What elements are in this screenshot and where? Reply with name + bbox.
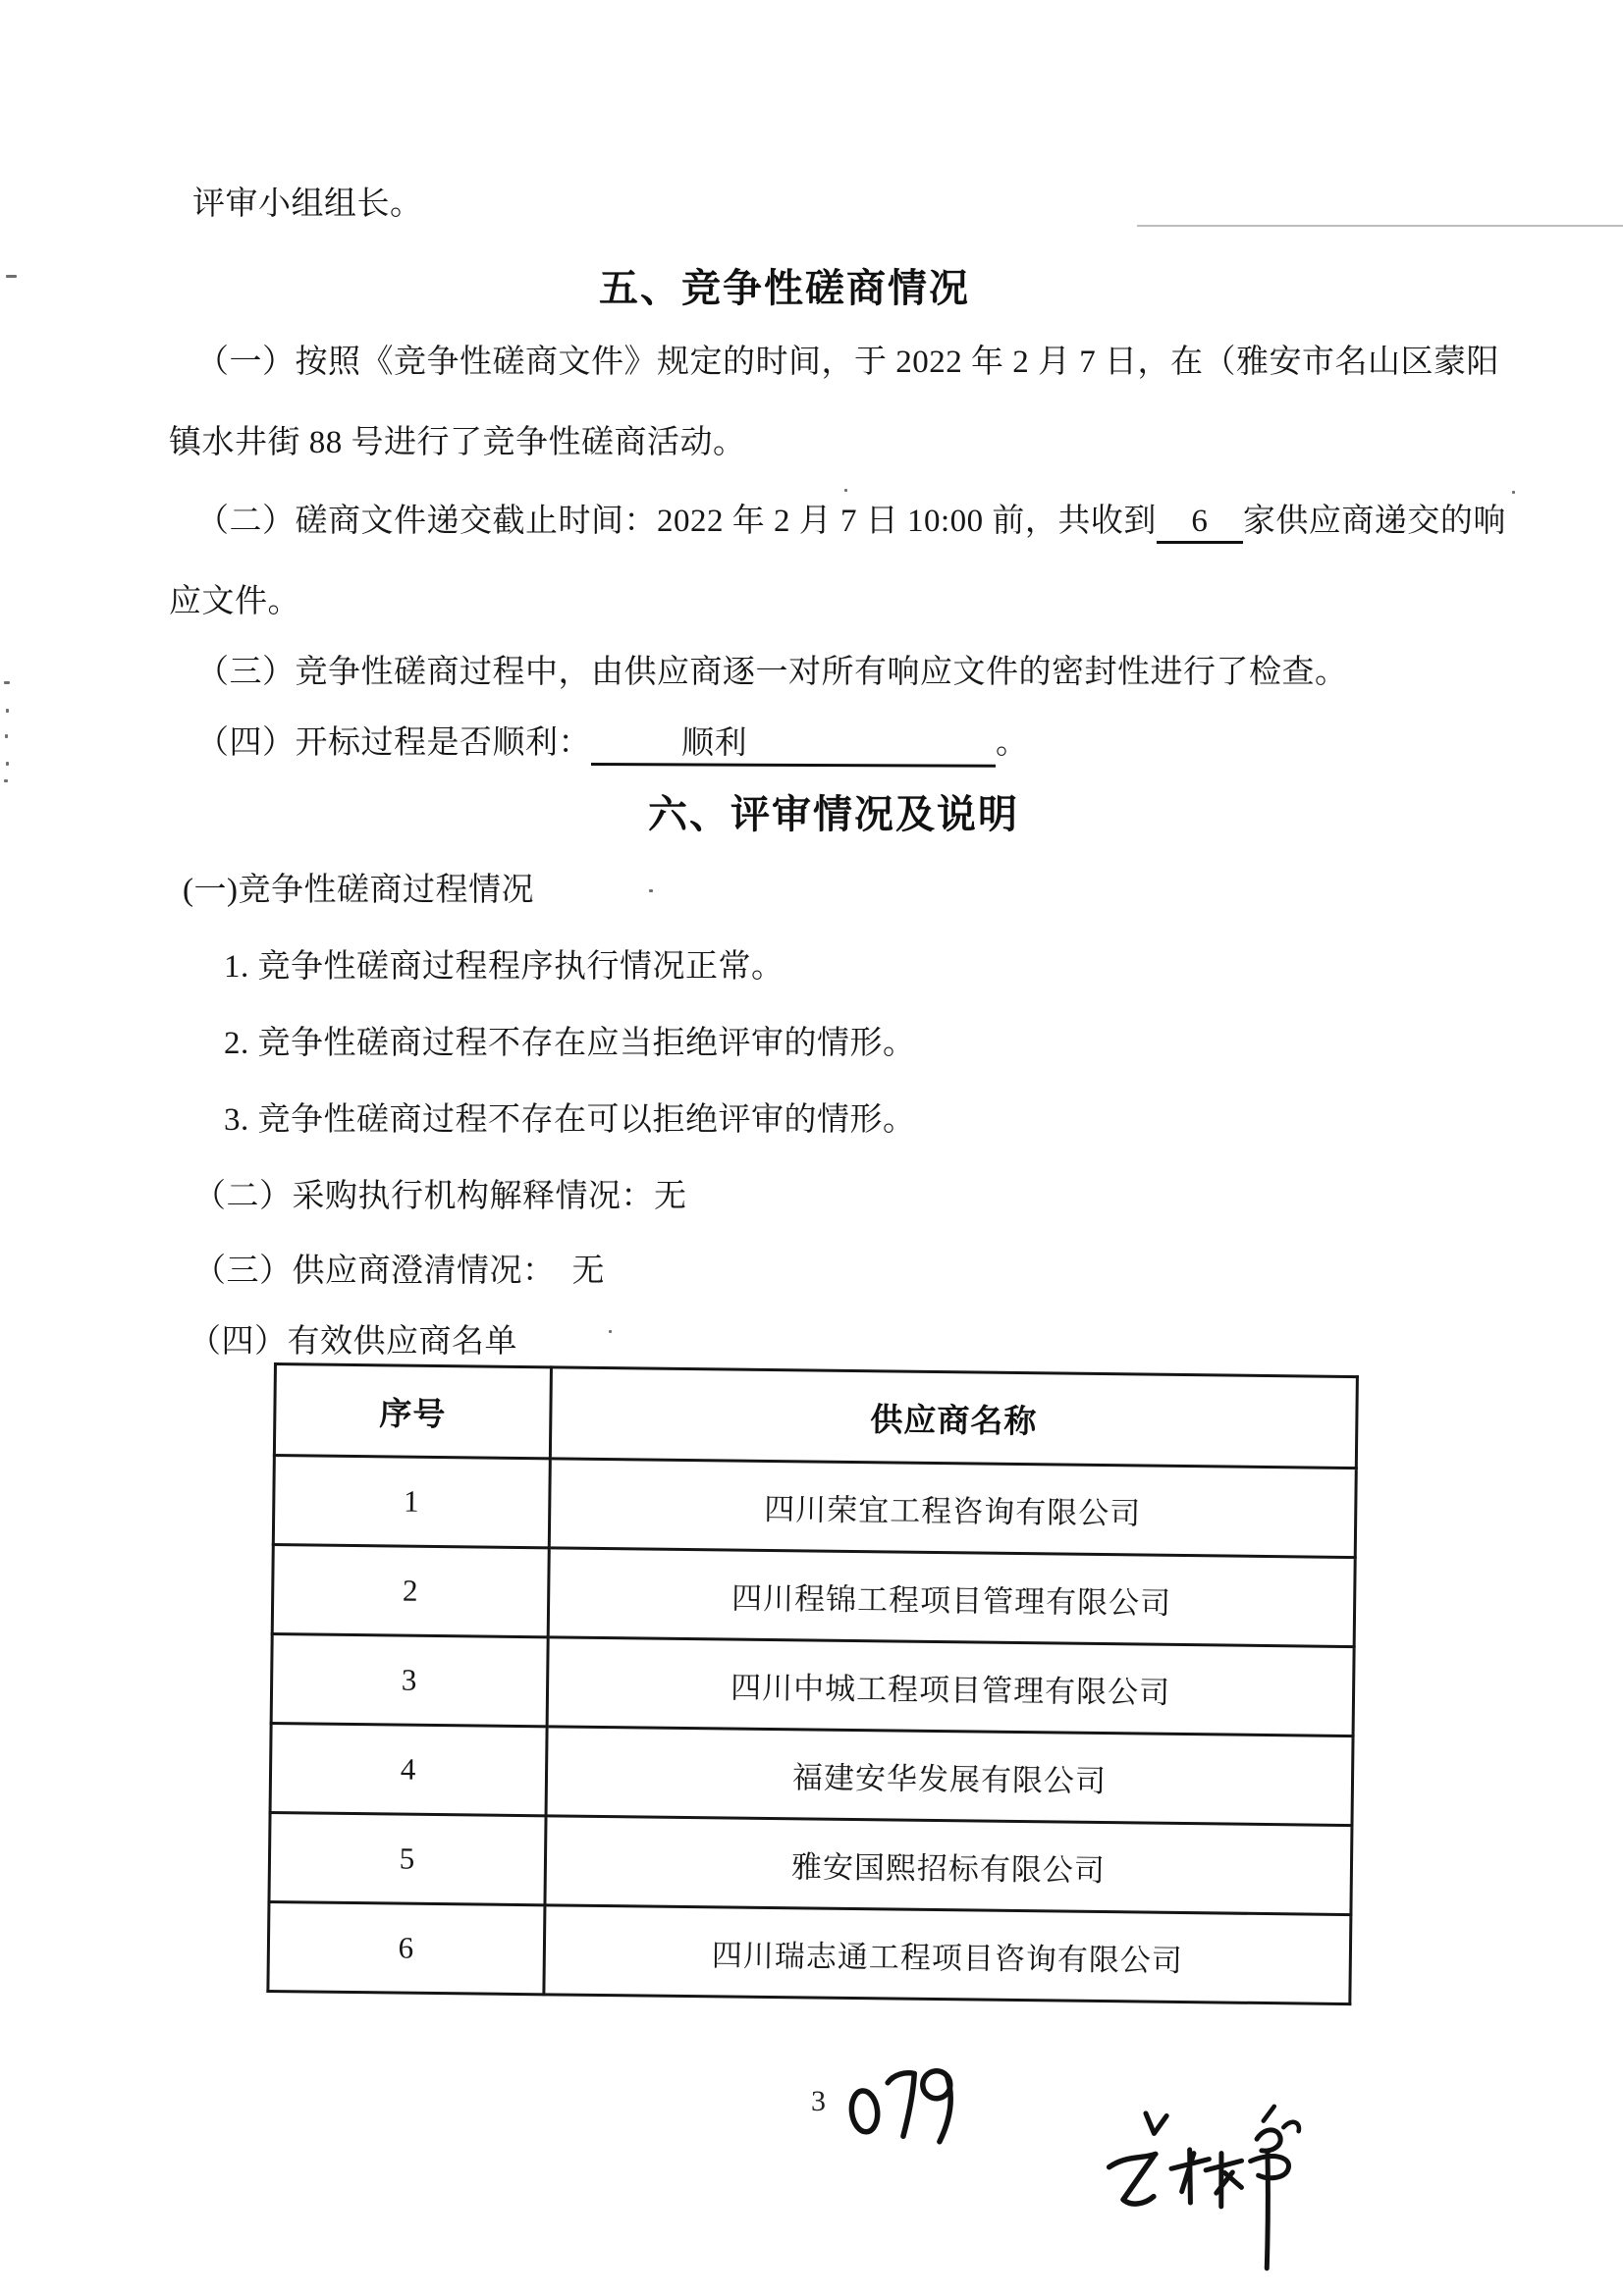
scan-artifact [609,1330,612,1333]
section6-heading: 六、评审情况及说明 [648,783,1019,839]
supplier-table: 序号 供应商名称 1 四川荣宜工程咨询有限公司 2 四川程锦工程项目管理有限公司… [266,1362,1359,2005]
section6-sub2: （二）采购执行机构解释情况：无 [193,1174,687,1219]
cell-supplier-name: 四川中城工程项目管理有限公司 [547,1637,1354,1736]
scan-artifact [4,779,8,782]
supplier-table-container: 序号 供应商名称 1 四川荣宜工程咨询有限公司 2 四川程锦工程项目管理有限公司… [266,1362,1359,2005]
supplier-count-underline: 6 [1157,502,1243,544]
table-row: 2 四川程锦工程项目管理有限公司 [272,1545,1355,1647]
paragraph-2-suffix: 家供应商递交的响 [1243,504,1506,539]
section5-heading: 五、竞争性磋商情况 [599,257,970,313]
scan-artifact [6,275,17,278]
section6-item2: 2. 竞争性磋商过程不存在应当拒绝评审的情形。 [224,1021,916,1066]
cell-serial: 2 [272,1545,549,1637]
smooth-answer-value: 顺利 [681,725,747,761]
scan-artifact [4,681,10,684]
paragraph-4-period: 。 [996,725,1029,761]
cell-serial: 5 [269,1812,546,1904]
cell-serial: 1 [273,1456,550,1548]
scan-artifact [844,489,847,492]
section6-item1: 1. 竞争性磋商过程程序执行情况正常。 [224,944,784,989]
table-row: 3 四川中城工程项目管理有限公司 [271,1633,1354,1735]
scan-artifact [6,709,9,713]
table-row: 1 四川荣宜工程咨询有限公司 [273,1456,1356,1558]
scan-artifact [1512,491,1515,494]
leader-line: 评审小组组长。 [192,182,423,227]
scan-artifact [6,762,9,766]
document-page: 评审小组组长。 五、竞争性磋商情况 （一）按照《竞争性磋商文件》规定的时间，于 … [0,0,1623,2296]
paragraph-4-label: （四）开标过程是否顺利： [196,725,591,761]
cell-supplier-name: 四川荣宜工程咨询有限公司 [549,1459,1356,1558]
header-supplier-name: 供应商名称 [550,1367,1357,1468]
scan-artifact [5,734,8,738]
paragraph-1-line-1: （一）按照《竞争性磋商文件》规定的时间，于 2022 年 2 月 7 日，在（雅… [196,340,1499,385]
cell-serial: 4 [270,1723,547,1815]
cell-supplier-name: 福建安华发展有限公司 [546,1727,1353,1826]
section6-sub3: （三）供应商澄清情况： 无 [193,1249,605,1294]
handwritten-page-number [844,2059,962,2150]
cell-serial: 3 [271,1633,548,1726]
paragraph-2-line-1: （二）磋商文件递交截止时间：2022 年 2 月 7 日 10:00 前，共收到… [196,499,1506,544]
cell-supplier-name: 雅安国熙招标有限公司 [545,1816,1352,1915]
table-header-row: 序号 供应商名称 [274,1364,1357,1468]
paragraph-3: （三）竞争性磋商过程中，由供应商逐一对所有响应文件的密封性进行了检查。 [196,650,1348,695]
paragraph-4: （四）开标过程是否顺利：顺利。 [196,721,1029,766]
paragraph-2-prefix: （二）磋商文件递交截止时间：2022 年 2 月 7 日 10:00 前，共收到 [196,504,1157,539]
header-serial-number: 序号 [274,1364,551,1459]
scan-artifact [649,889,653,892]
section6-sub1: (一)竞争性磋商过程情况 [183,868,534,913]
table-row: 6 四川瑞志通工程项目咨询有限公司 [268,1901,1351,2003]
section6-sub4: （四）有效供应商名单 [189,1319,517,1364]
cell-supplier-name: 四川程锦工程项目管理有限公司 [548,1548,1355,1647]
paragraph-2-line-2: 应文件。 [169,579,300,624]
paragraph-1-line-2: 镇水井街 88 号进行了竞争性磋商活动。 [169,420,746,465]
table-row: 4 福建安华发展有限公司 [270,1723,1353,1825]
table-row: 5 雅安国熙招标有限公司 [269,1812,1352,1914]
supplier-count-value: 6 [1191,504,1208,539]
smooth-answer-underline: 顺利 [591,723,996,768]
section6-item3: 3. 竞争性磋商过程不存在可以拒绝评审的情形。 [224,1097,916,1143]
page-number: 3 [811,2085,826,2118]
handwritten-signature-icon [1096,2103,1341,2289]
cell-serial: 6 [268,1901,545,1994]
scan-artifact-line [1137,225,1623,227]
cell-supplier-name: 四川瑞志通工程项目咨询有限公司 [544,1905,1351,2004]
